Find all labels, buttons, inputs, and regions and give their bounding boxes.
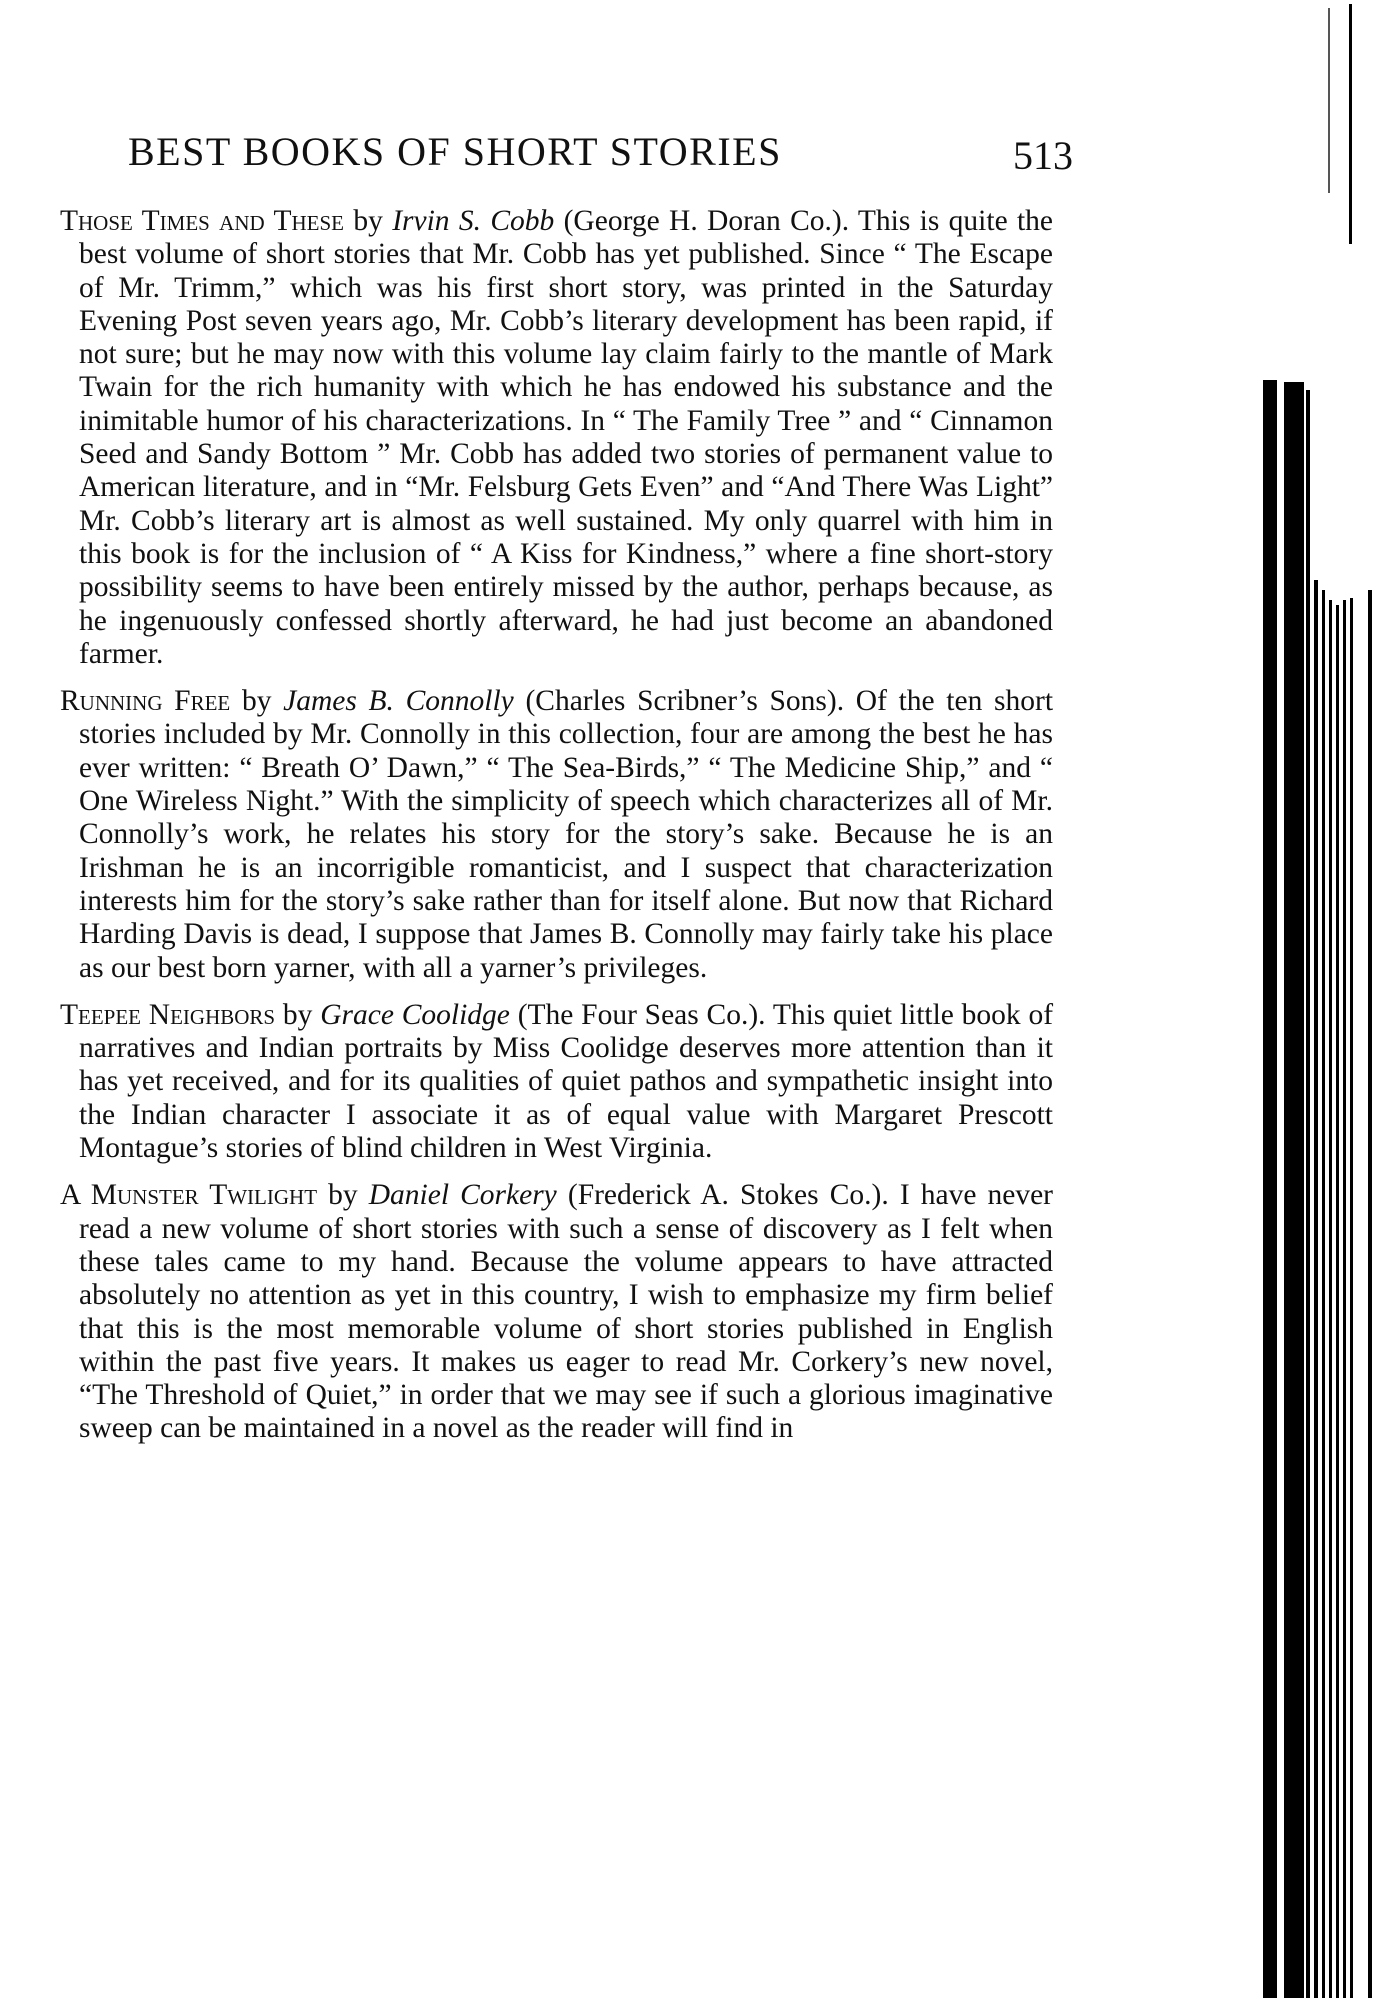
book-entry: Teepee Neighbors by Grace Coolidge (The …: [60, 999, 1053, 1165]
binding-stripe: [1322, 590, 1325, 1998]
by-label: by: [283, 999, 313, 1031]
book-author: Daniel Corkery: [369, 1179, 557, 1211]
book-publisher: (Frederick A. Stokes Co.).: [568, 1179, 889, 1211]
by-label: by: [353, 205, 383, 237]
binding-stripe: [1263, 380, 1277, 1998]
book-title: Those Times and These: [60, 205, 344, 237]
book-publisher: (Charles Scribner’s Sons).: [525, 685, 844, 717]
book-publisher: (The Four Seas Co.).: [518, 999, 766, 1031]
book-title: Running Free: [60, 685, 230, 717]
book-author: Grace Coolidge: [320, 999, 510, 1031]
page-header: BEST BOOKS OF SHORT STORIES 513: [128, 128, 1073, 176]
page-body: Those Times and These by Irvin S. Cobb (…: [60, 205, 1053, 1460]
running-title: BEST BOOKS OF SHORT STORIES: [128, 128, 782, 175]
by-label: by: [242, 685, 272, 717]
binding-stripe: [1314, 580, 1318, 1998]
edge-line: [1328, 8, 1330, 193]
book-entry: Those Times and These by Irvin S. Cobb (…: [60, 205, 1053, 671]
book-entry: Running Free by James B. Connolly (Charl…: [60, 685, 1053, 985]
book-author: Irvin S. Cobb: [392, 205, 554, 237]
binding-stripe: [1284, 382, 1304, 1998]
book-review-text: Of the ten short stories included by Mr.…: [79, 685, 1053, 983]
by-label: by: [328, 1179, 358, 1211]
book-title: Teepee Neighbors: [60, 999, 275, 1031]
binding-stripe: [1336, 605, 1339, 1998]
book-publisher: (George H. Doran Co.).: [564, 205, 850, 237]
book-title: A Munster Twilight: [60, 1179, 317, 1211]
book-review-text: I have never read a new volume of short …: [79, 1179, 1053, 1444]
book-page: BEST BOOKS OF SHORT STORIES 513 Those Ti…: [0, 0, 1378, 1998]
binding-stripe: [1306, 390, 1310, 1998]
page-edge-binding: [1208, 0, 1378, 1998]
binding-stripe: [1343, 600, 1346, 1998]
page-number: 513: [1013, 132, 1073, 179]
book-review-text: This is quite the best volume of short s…: [79, 205, 1053, 670]
binding-stripe: [1350, 598, 1353, 1998]
book-entry: A Munster Twilight by Daniel Corkery (Fr…: [60, 1179, 1053, 1445]
edge-line: [1349, 4, 1352, 244]
book-author: James B. Connolly: [283, 685, 514, 717]
binding-stripe: [1329, 600, 1332, 1998]
binding-stripe: [1368, 590, 1372, 1998]
